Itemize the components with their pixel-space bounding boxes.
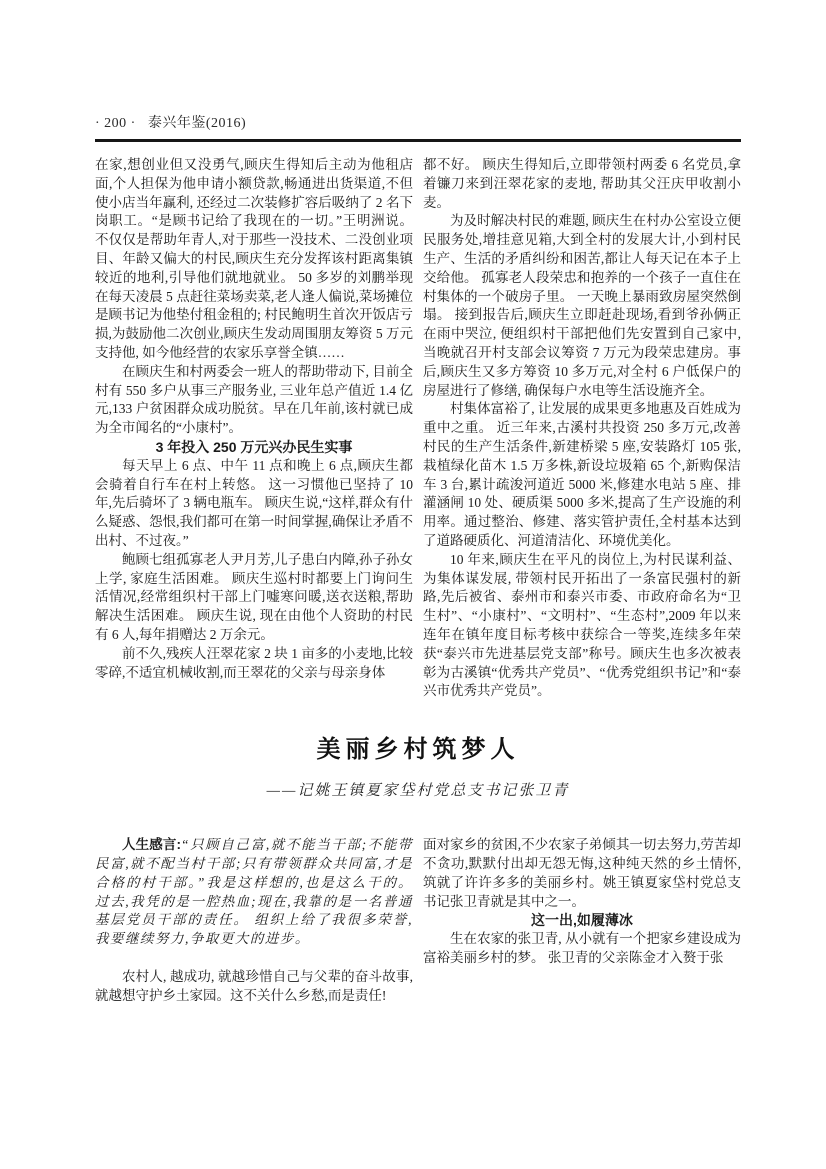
book-title: 泰兴年鉴(2016) [148, 116, 246, 131]
motto-text: “只顾自己富,就不能当干部;不能带民富,就不配当村干部;只有带领群众共同富,才是… [95, 837, 413, 946]
paragraph: 每天早上 6 点、中午 11 点和晚上 6 点,顾庆生都会骑着自行车在村上转悠。… [95, 457, 413, 551]
motto-label: 人生感言: [122, 837, 181, 852]
paragraph: 村集体富裕了, 让发展的成果更多地惠及百姓成为重中之重。 近三年来,古溪村共投资… [423, 400, 741, 550]
header-rule [95, 139, 741, 142]
top-article-columns: 在家,想创业但又没勇气,顾庆生得知后主动为他租店面,个人担保为他申请小额贷款,畅… [95, 156, 741, 701]
page-number-label: · 200 · [95, 116, 136, 131]
paragraph: 面对家乡的贫困,不少农家子弟倾其一切去努力,劳苦却不贪功,默默付出却无怨无悔,这… [423, 836, 741, 911]
section-subheading-minsheng: 3 年投入 250 万元兴办民生实事 [95, 438, 413, 457]
paragraph: 在顾庆生和村两委会一班人的帮助带动下, 目前全村有 550 多户从事三产服务业,… [95, 363, 413, 438]
page-content: · 200 · 泰兴年鉴(2016) 在家,想创业但又没勇气,顾庆生得知后主动为… [95, 112, 741, 1005]
page-header: · 200 · 泰兴年鉴(2016) [95, 112, 741, 132]
article-subtitle: ——记姚王镇夏家垈村党总支书记张卫青 [95, 779, 741, 800]
paragraph: 鲍顾七组孤寡老人尹月芳,儿子患白内障,孙子孙女上学, 家庭生活困难。 顾庆生巡村… [95, 551, 413, 645]
header-separator [140, 116, 144, 131]
yearbook-page: · 200 · 泰兴年鉴(2016) 在家,想创业但又没勇气,顾庆生得知后主动为… [0, 0, 826, 1169]
paragraph: 在家,想创业但又没勇气,顾庆生得知后主动为他租店面,个人担保为他申请小额贷款,畅… [95, 156, 413, 363]
paragraph: 生在农家的张卫青, 从小就有一个把家乡建设成为富裕美丽乡村的梦。 张卫青的父亲陈… [423, 930, 741, 968]
paragraph: 10 年来,顾庆生在平凡的岗位上,为村民谋利益、为集体谋发展, 带领村民开拓出了… [423, 551, 741, 701]
top-left-column: 在家,想创业但又没勇气,顾庆生得知后主动为他租店面,个人担保为他申请小额贷款,畅… [95, 156, 413, 701]
bottom-article-columns: 人生感言:“只顾自己富,就不能当干部;不能带民富,就不配当村干部;只有带领群众共… [95, 836, 741, 1005]
paragraph: 农村人, 越成功, 就越珍惜自己与父辈的奋斗故事,就越想守护乡土家园。这不关什么… [95, 968, 413, 1006]
paragraph: 都不好。 顾庆生得知后,立即带领村两委 6 名党员,拿着镰刀来到汪翠花家的麦地,… [423, 156, 741, 212]
life-motto: 人生感言:“只顾自己富,就不能当干部;不能带民富,就不配当村干部;只有带领群众共… [95, 836, 413, 949]
article-title: 美丽乡村筑梦人 [95, 729, 741, 764]
paragraph: 为及时解决村民的难题, 顾庆生在村办公室设立便民服务处,增挂意见箱,大到全村的发… [423, 212, 741, 400]
top-right-column: 都不好。 顾庆生得知后,立即带领村两委 6 名党员,拿着镰刀来到汪翠花家的麦地,… [423, 156, 741, 701]
section-subheading-ruolubobing: 这一出,如履薄冰 [423, 911, 741, 930]
paragraph: 前不久,残疾人汪翠花家 2 块 1 亩多的小麦地,比较零碎,不适宜机械收割,而王… [95, 645, 413, 683]
bottom-right-column: 面对家乡的贫困,不少农家子弟倾其一切去努力,劳苦却不贪功,默默付出却无怨无悔,这… [423, 836, 741, 1005]
bottom-left-column: 人生感言:“只顾自己富,就不能当干部;不能带民富,就不配当村干部;只有带领群众共… [95, 836, 413, 1005]
